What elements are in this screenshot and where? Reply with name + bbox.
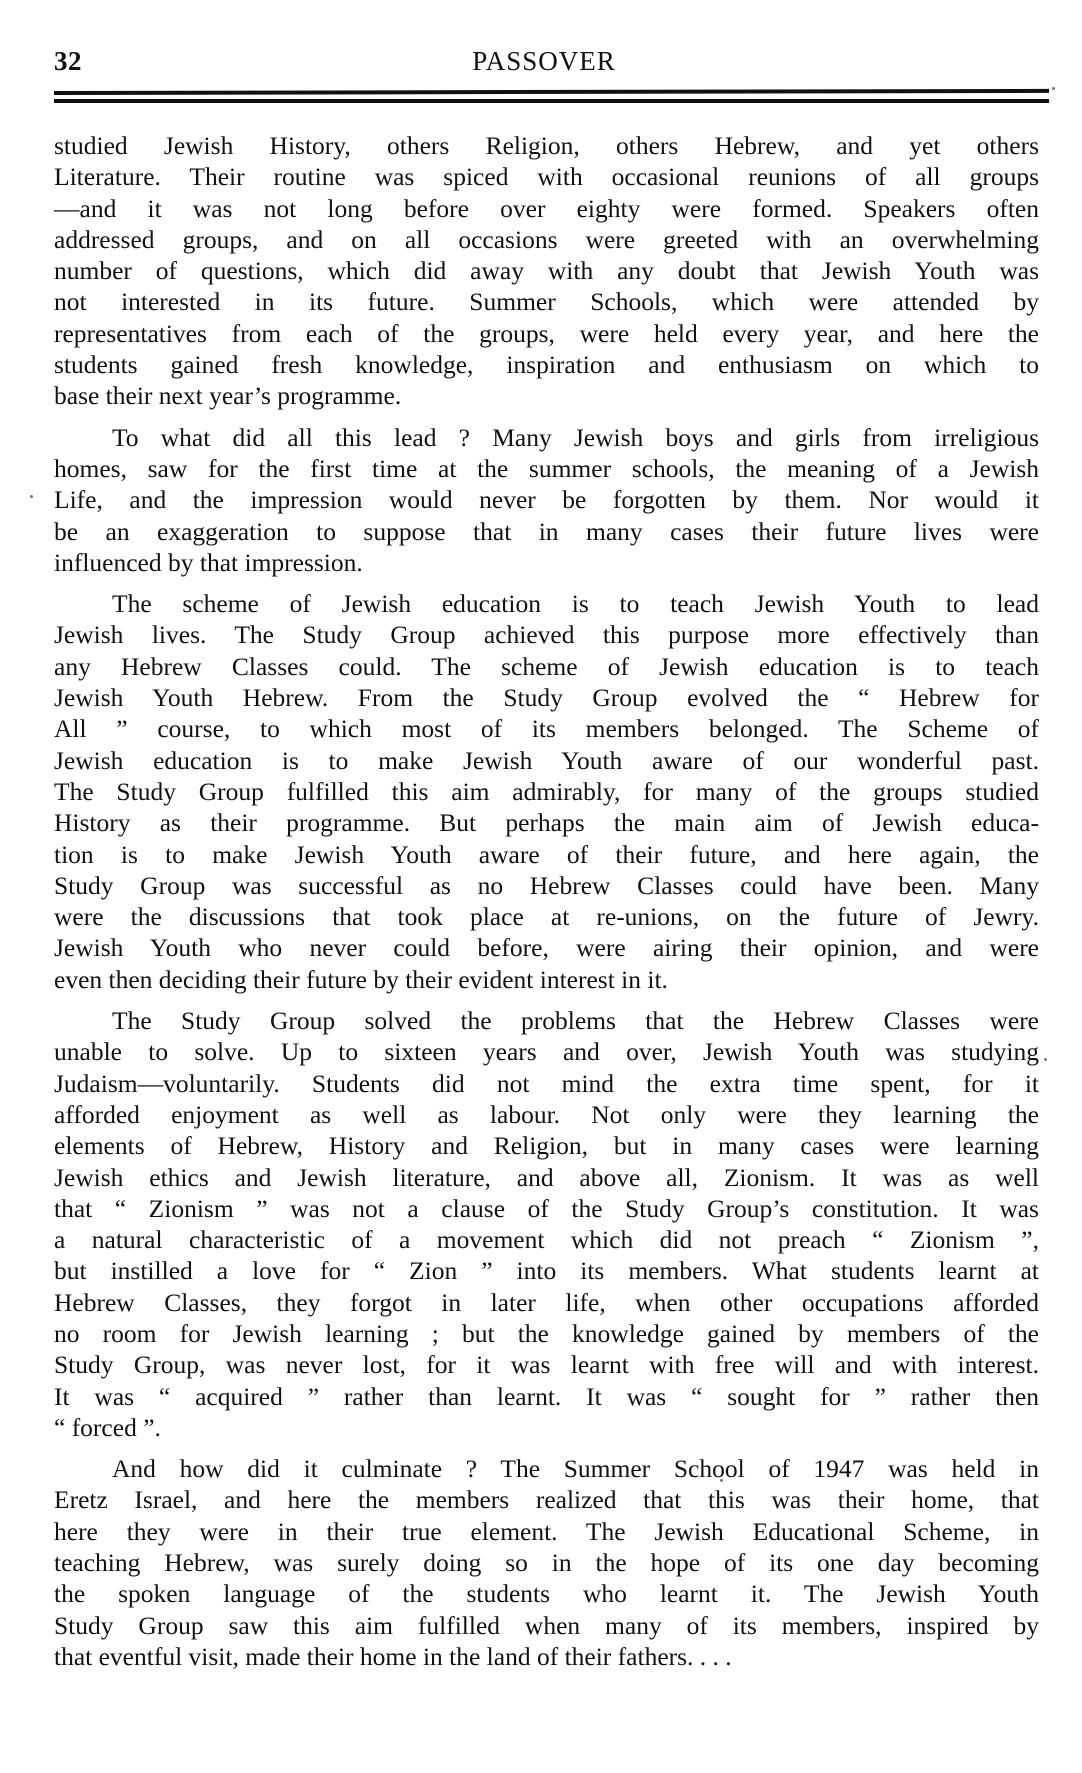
scan-speck	[30, 495, 33, 498]
text-line: unable to solve. Up to sixteen years and…	[54, 1036, 1039, 1067]
text-line: here they were in their true element. Th…	[54, 1516, 1039, 1547]
paragraph-scheme-of-education: The scheme of Jewish education is to tea…	[54, 588, 1039, 995]
header-rule-bottom	[54, 99, 1049, 103]
text-line: History as their programme. But perhaps …	[54, 807, 1039, 838]
text-line: The Study Group solved the problems that…	[54, 1005, 1039, 1036]
paragraph-what-did-this-lead: To what did all this lead ? Many Jewish …	[54, 422, 1039, 578]
paragraph-study-groups-continued: studied Jewish History, others Religion,…	[54, 130, 1039, 412]
text-line: Eretz Israel, and here the members reali…	[54, 1484, 1039, 1515]
text-line: All ” course, to which most of its membe…	[54, 713, 1039, 744]
paragraph-study-group-solved: The Study Group solved the problems that…	[54, 1005, 1039, 1443]
scan-speck	[1052, 87, 1055, 90]
text-line: The scheme of Jewish education is to tea…	[54, 588, 1039, 619]
header-rule-top	[54, 89, 1049, 95]
text-line: be an exaggeration to suppose that in ma…	[54, 516, 1039, 547]
text-line: no room for Jewish learning ; but the kn…	[54, 1318, 1039, 1349]
scan-speck	[1044, 1058, 1047, 1061]
body-text: studied Jewish History, others Religion,…	[54, 130, 1039, 1682]
text-line: Life, and the impression would never be …	[54, 484, 1039, 515]
text-line: Jewish ethics and Jewish literature, and…	[54, 1162, 1039, 1193]
running-head: 32 PASSOVER	[54, 40, 1034, 80]
text-line: Literature. Their routine was spiced wit…	[54, 161, 1039, 192]
book-page: 32 PASSOVER studied Jewish History, othe…	[0, 0, 1082, 1773]
text-line: that “ Zionism ” was not a clause of the…	[54, 1193, 1039, 1224]
text-line: were the discussions that took place at …	[54, 901, 1039, 932]
text-line: not interested in its future. Summer Sch…	[54, 286, 1039, 317]
text-line: Study Group saw this aim fulfilled when …	[54, 1610, 1039, 1641]
text-line: —and it was not long before over eighty …	[54, 193, 1039, 224]
text-line: Jewish Youth who never could before, wer…	[54, 932, 1039, 963]
text-line: Jewish lives. The Study Group achieved t…	[54, 619, 1039, 650]
text-line: influenced by that impression.	[54, 547, 1039, 578]
text-line: Judaism—voluntarily. Students did not mi…	[54, 1068, 1039, 1099]
text-line: afforded enjoyment as well as labour. No…	[54, 1099, 1039, 1130]
text-line: Jewish Youth Hebrew. From the Study Grou…	[54, 682, 1039, 713]
text-line: a natural characteristic of a movement w…	[54, 1224, 1039, 1255]
text-line: students gained fresh knowledge, inspira…	[54, 349, 1039, 380]
text-line: And how did it culminate ? The Summer Sc…	[54, 1453, 1039, 1484]
text-line: Hebrew Classes, they forgot in later lif…	[54, 1287, 1039, 1318]
text-line: “ forced ”.	[54, 1412, 1039, 1443]
text-line: homes, saw for the first time at the sum…	[54, 453, 1039, 484]
text-line: number of questions, which did away with…	[54, 255, 1039, 286]
paragraph-culmination: And how did it culminate ? The Summer Sc…	[54, 1453, 1039, 1672]
text-line: teaching Hebrew, was surely doing so in …	[54, 1547, 1039, 1578]
text-line: Study Group, was never lost, for it was …	[54, 1349, 1039, 1380]
text-line: but instilled a love for “ Zion ” into i…	[54, 1255, 1039, 1286]
text-line: base their next year’s programme.	[54, 380, 1039, 411]
text-line: the spoken language of the students who …	[54, 1578, 1039, 1609]
text-line: It was “ acquired ” rather than learnt. …	[54, 1381, 1039, 1412]
text-line: To what did all this lead ? Many Jewish …	[54, 422, 1039, 453]
text-line: studied Jewish History, others Religion,…	[54, 130, 1039, 161]
text-line: even then deciding their future by their…	[54, 964, 1039, 995]
running-title: PASSOVER	[54, 46, 1034, 77]
text-line: Jewish education is to make Jewish Youth…	[54, 745, 1039, 776]
text-line: addressed groups, and on all occasions w…	[54, 224, 1039, 255]
text-line: tion is to make Jewish Youth aware of th…	[54, 839, 1039, 870]
text-line: Study Group was successful as no Hebrew …	[54, 870, 1039, 901]
text-line: The Study Group fulfilled this aim admir…	[54, 776, 1039, 807]
text-line: that eventful visit, made their home in …	[54, 1641, 1039, 1672]
text-line: representatives from each of the groups,…	[54, 318, 1039, 349]
scan-speck	[720, 1479, 723, 1482]
text-line: elements of Hebrew, History and Religion…	[54, 1130, 1039, 1161]
text-line: any Hebrew Classes could. The scheme of …	[54, 651, 1039, 682]
